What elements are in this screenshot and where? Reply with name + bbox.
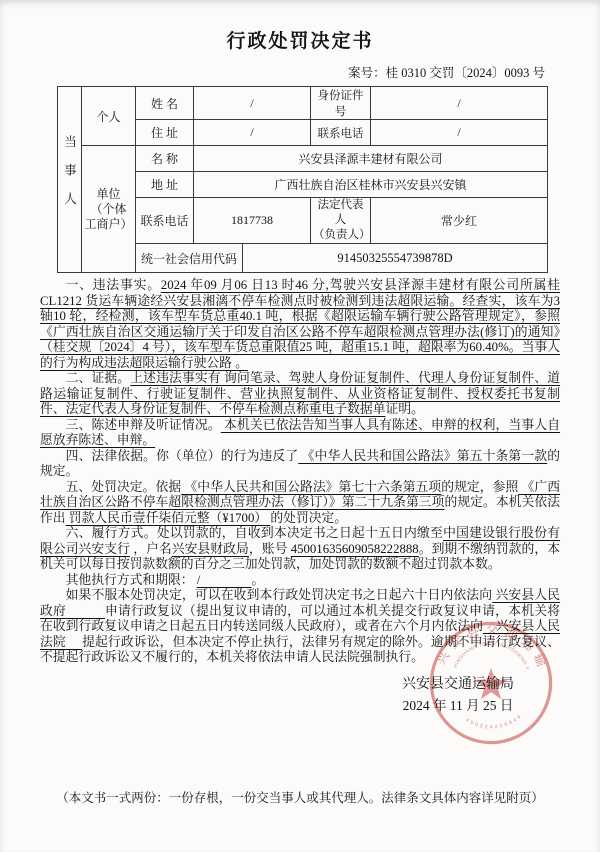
unit-phone-value: 1817738 [194, 198, 311, 244]
form-text: 的规定，参照 [441, 480, 518, 494]
body-paragraph: 五、处罚决定。依据 《中华人民共和国公路法》第七十六条第五项的规定，参照 《广西… [40, 480, 560, 527]
individual-address-value: / [194, 120, 311, 146]
individual-id-label: 身份证件号 [311, 87, 371, 120]
credit-code-label: 统一社会信用代码 [136, 244, 243, 273]
body-paragraph: 三、陈述申辩及听证情况。 本机关已依法告知当事人具有陈述、申辩的权利，当事人自愿… [40, 418, 560, 449]
form-text: 一、违法事实。 [66, 278, 161, 292]
individual-id-value: / [371, 87, 548, 120]
official-seal-stamp: 兴安县交通运输局 HINGHANH YEN GYAUHDOENG YINSUGI… [426, 618, 556, 748]
filled-in-text: / [197, 573, 252, 587]
case-number-label: 案号： [348, 66, 386, 80]
case-number-line: 案号：桂 0310 交罚〔2024〕0093 号 [0, 63, 545, 81]
form-text: 四、法律依据。你（单位）的行为违反了 [66, 449, 299, 463]
case-number-value: 桂 0310 交罚〔2024〕0093 号 [386, 66, 545, 80]
filled-in-text: 兴安县财政局 [172, 542, 249, 556]
document-page: 行政处罚决定书 案号：桂 0310 交罚〔2024〕0093 号 当事人 个人 … [0, 0, 600, 852]
filled-in-text: 《中华人民共和国公路法》第七十六条第五项 [181, 480, 441, 494]
individual-phone-label: 联系电话 [311, 120, 371, 146]
form-text: 五、处罚决定。依据 [66, 480, 182, 494]
individual-label: 个人 [82, 87, 136, 146]
party-info-table: 当事人 个人 姓 名 / 身份证件号 / 住 址 / 联系电话 / 单位 （个体… [57, 86, 548, 273]
unit-address-label: 地 址 [136, 172, 194, 198]
body-paragraph: 其他执行方式和期限： / 。 [40, 573, 560, 589]
unit-address-value: 广西壮族自治区桂林市兴安县兴安镇 [194, 172, 548, 198]
seal-star-icon [475, 668, 508, 699]
body-paragraph: 六、履行方式。处以罚款的，自收到本决定书之日起十五日内缴至中国建设银行股份有限公… [40, 526, 560, 573]
unit-label: 单位 （个体 工商户） [82, 146, 136, 273]
filled-in-text: 罚款人民币壹仟柒佰元整（¥1700） [66, 511, 271, 525]
form-text: ，账号 [249, 542, 291, 556]
credit-code-value: 91450325554739878D [243, 244, 548, 273]
party-label: 当事人 [61, 135, 79, 221]
document-title: 行政处罚决定书 [0, 30, 600, 54]
individual-name-label: 姓 名 [136, 87, 194, 120]
party-label-cell: 当事人 [58, 87, 82, 273]
body-paragraph: 四、法律依据。你（单位）的行为违反了 《中华人民共和国公路法》第五十条第一款的规… [40, 449, 560, 480]
body-paragraphs: 一、违法事实。2024 年09 月06 日13 时46 分,驾驶兴安县泽源丰建材… [40, 278, 560, 666]
form-text: 的处罚决定。 [270, 511, 347, 525]
form-text: 三、陈述申辩及听证情况。 [66, 418, 221, 432]
unit-phone-label: 联系电话 [136, 198, 194, 244]
unit-name-value: 兴安县泽源丰建材有限公司 [194, 146, 548, 172]
form-text: ，户名 [130, 542, 172, 556]
filled-in-text: 《中华人民共和国公路法》第五十条第一款 [298, 449, 547, 463]
legal-representative-label: 法定代表人 （负责人） [311, 198, 371, 244]
form-text: 二、证据。 [66, 371, 131, 385]
unit-name-label: 名 称 [136, 146, 194, 172]
form-text: 六、履行方式。处以罚款的，自收到本决定书之日起十五日内缴至 [66, 526, 443, 540]
body-paragraph: 二、证据。上述违法事实有 询问笔录、驾驶人身份证复制件、代理人身份证复制件、道路… [40, 371, 560, 418]
body-paragraph: 一、违法事实。2024 年09 月06 日13 时46 分,驾驶兴安县泽源丰建材… [40, 278, 560, 371]
filled-in-text: 45001635609058222888 [291, 542, 419, 556]
individual-name-value: / [194, 87, 311, 120]
legal-representative-value: 常少红 [371, 198, 548, 244]
individual-phone-value: / [371, 120, 548, 146]
form-text: 。 [252, 573, 265, 587]
form-text: 其他执行方式和期限： [66, 573, 197, 587]
form-text: 证明。 [386, 402, 424, 416]
individual-address-label: 住 址 [136, 120, 194, 146]
form-text: 如果不服本处罚决定，可以在收到本行政处罚决定书之日起六十日内依法向 [66, 588, 493, 602]
footer-note: （本文书一式两份：一份存根，一份交当事人或其代理人。法律条文具体内容详见附页） [0, 788, 600, 806]
